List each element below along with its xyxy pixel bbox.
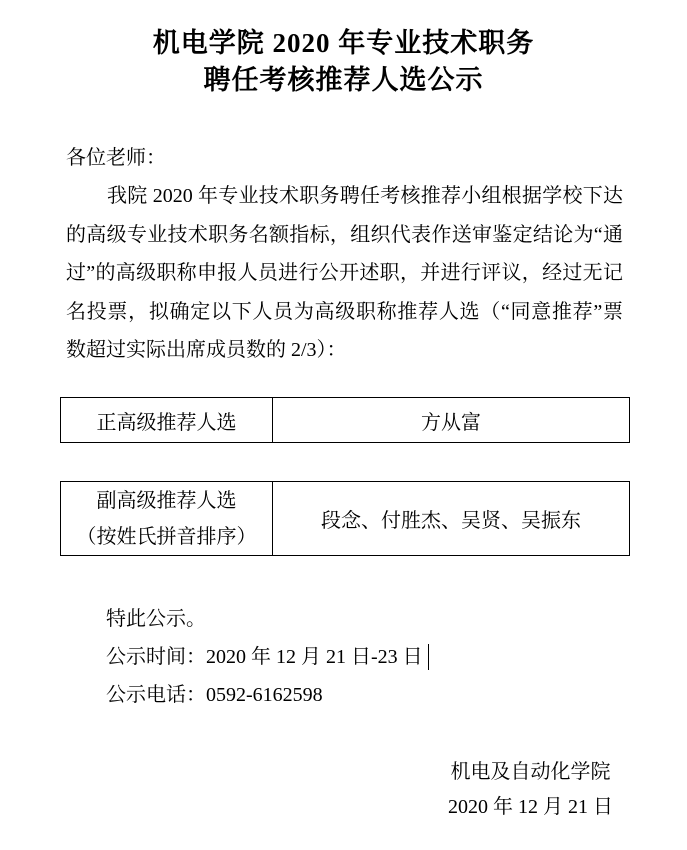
document-title: 机电学院 2020 年专业技术职务 聘任考核推荐人选公示 <box>0 25 687 99</box>
document-title-line1: 机电学院 2020 年专业技术职务 <box>0 25 687 62</box>
body-paragraph: 我院 2020 年专业技术职务聘任考核推荐小组根据学校下达 的高级专业技术职务名… <box>66 177 623 370</box>
senior-table-label-cell: 正高级推荐人选 <box>61 398 273 442</box>
publicity-time-line: 公示时间：2020 年 12 月 21 日-23 日 <box>106 645 429 670</box>
salutation: 各位老师： <box>66 146 166 170</box>
paragraph-line: 的高级专业技术职务名额指标，组织代表作送审鉴定结论为“通 <box>66 216 623 255</box>
deputy-table-label-line1: 副高级推荐人选 <box>97 483 237 519</box>
signature-block: 机电及自动化学院 2020 年 12 月 21 日 <box>448 755 613 825</box>
signature-department: 机电及自动化学院 <box>448 755 613 790</box>
publicity-time-text: 公示时间：2020 年 12 月 21 日-23 日 <box>106 646 423 668</box>
senior-recommendation-table: 正高级推荐人选 方从富 <box>60 397 630 443</box>
document-page: 机电学院 2020 年专业技术职务 聘任考核推荐人选公示 各位老师： 我院 20… <box>0 0 687 850</box>
paragraph-line: 过”的高级职称申报人员进行公开述职，并进行评议，经过无记 <box>66 254 623 293</box>
deputy-table-label-cell: 副高级推荐人选 （按姓氏拼音排序） <box>61 482 273 555</box>
paragraph-line: 我院 2020 年专业技术职务聘任考核推荐小组根据学校下达 <box>66 177 623 216</box>
closing-statement: 特此公示。 <box>106 607 206 631</box>
document-title-line2: 聘任考核推荐人选公示 <box>0 62 687 99</box>
paragraph-line: 名投票，拟确定以下人员为高级职称推荐人选（“同意推荐”票 <box>66 293 623 332</box>
senior-table-names-cell: 方从富 <box>273 398 629 442</box>
paragraph-line: 数超过实际出席成员数的 2/3）： <box>66 331 623 370</box>
publicity-phone-line: 公示电话：0592-6162598 <box>106 683 323 707</box>
signature-date: 2020 年 12 月 21 日 <box>448 790 613 825</box>
deputy-table-names-cell: 段念、付胜杰、吴贤、吴振东 <box>273 482 629 555</box>
deputy-recommendation-table: 副高级推荐人选 （按姓氏拼音排序） 段念、付胜杰、吴贤、吴振东 <box>60 481 630 556</box>
text-cursor <box>428 644 430 670</box>
deputy-table-label-line2: （按姓氏拼音排序） <box>77 519 257 555</box>
